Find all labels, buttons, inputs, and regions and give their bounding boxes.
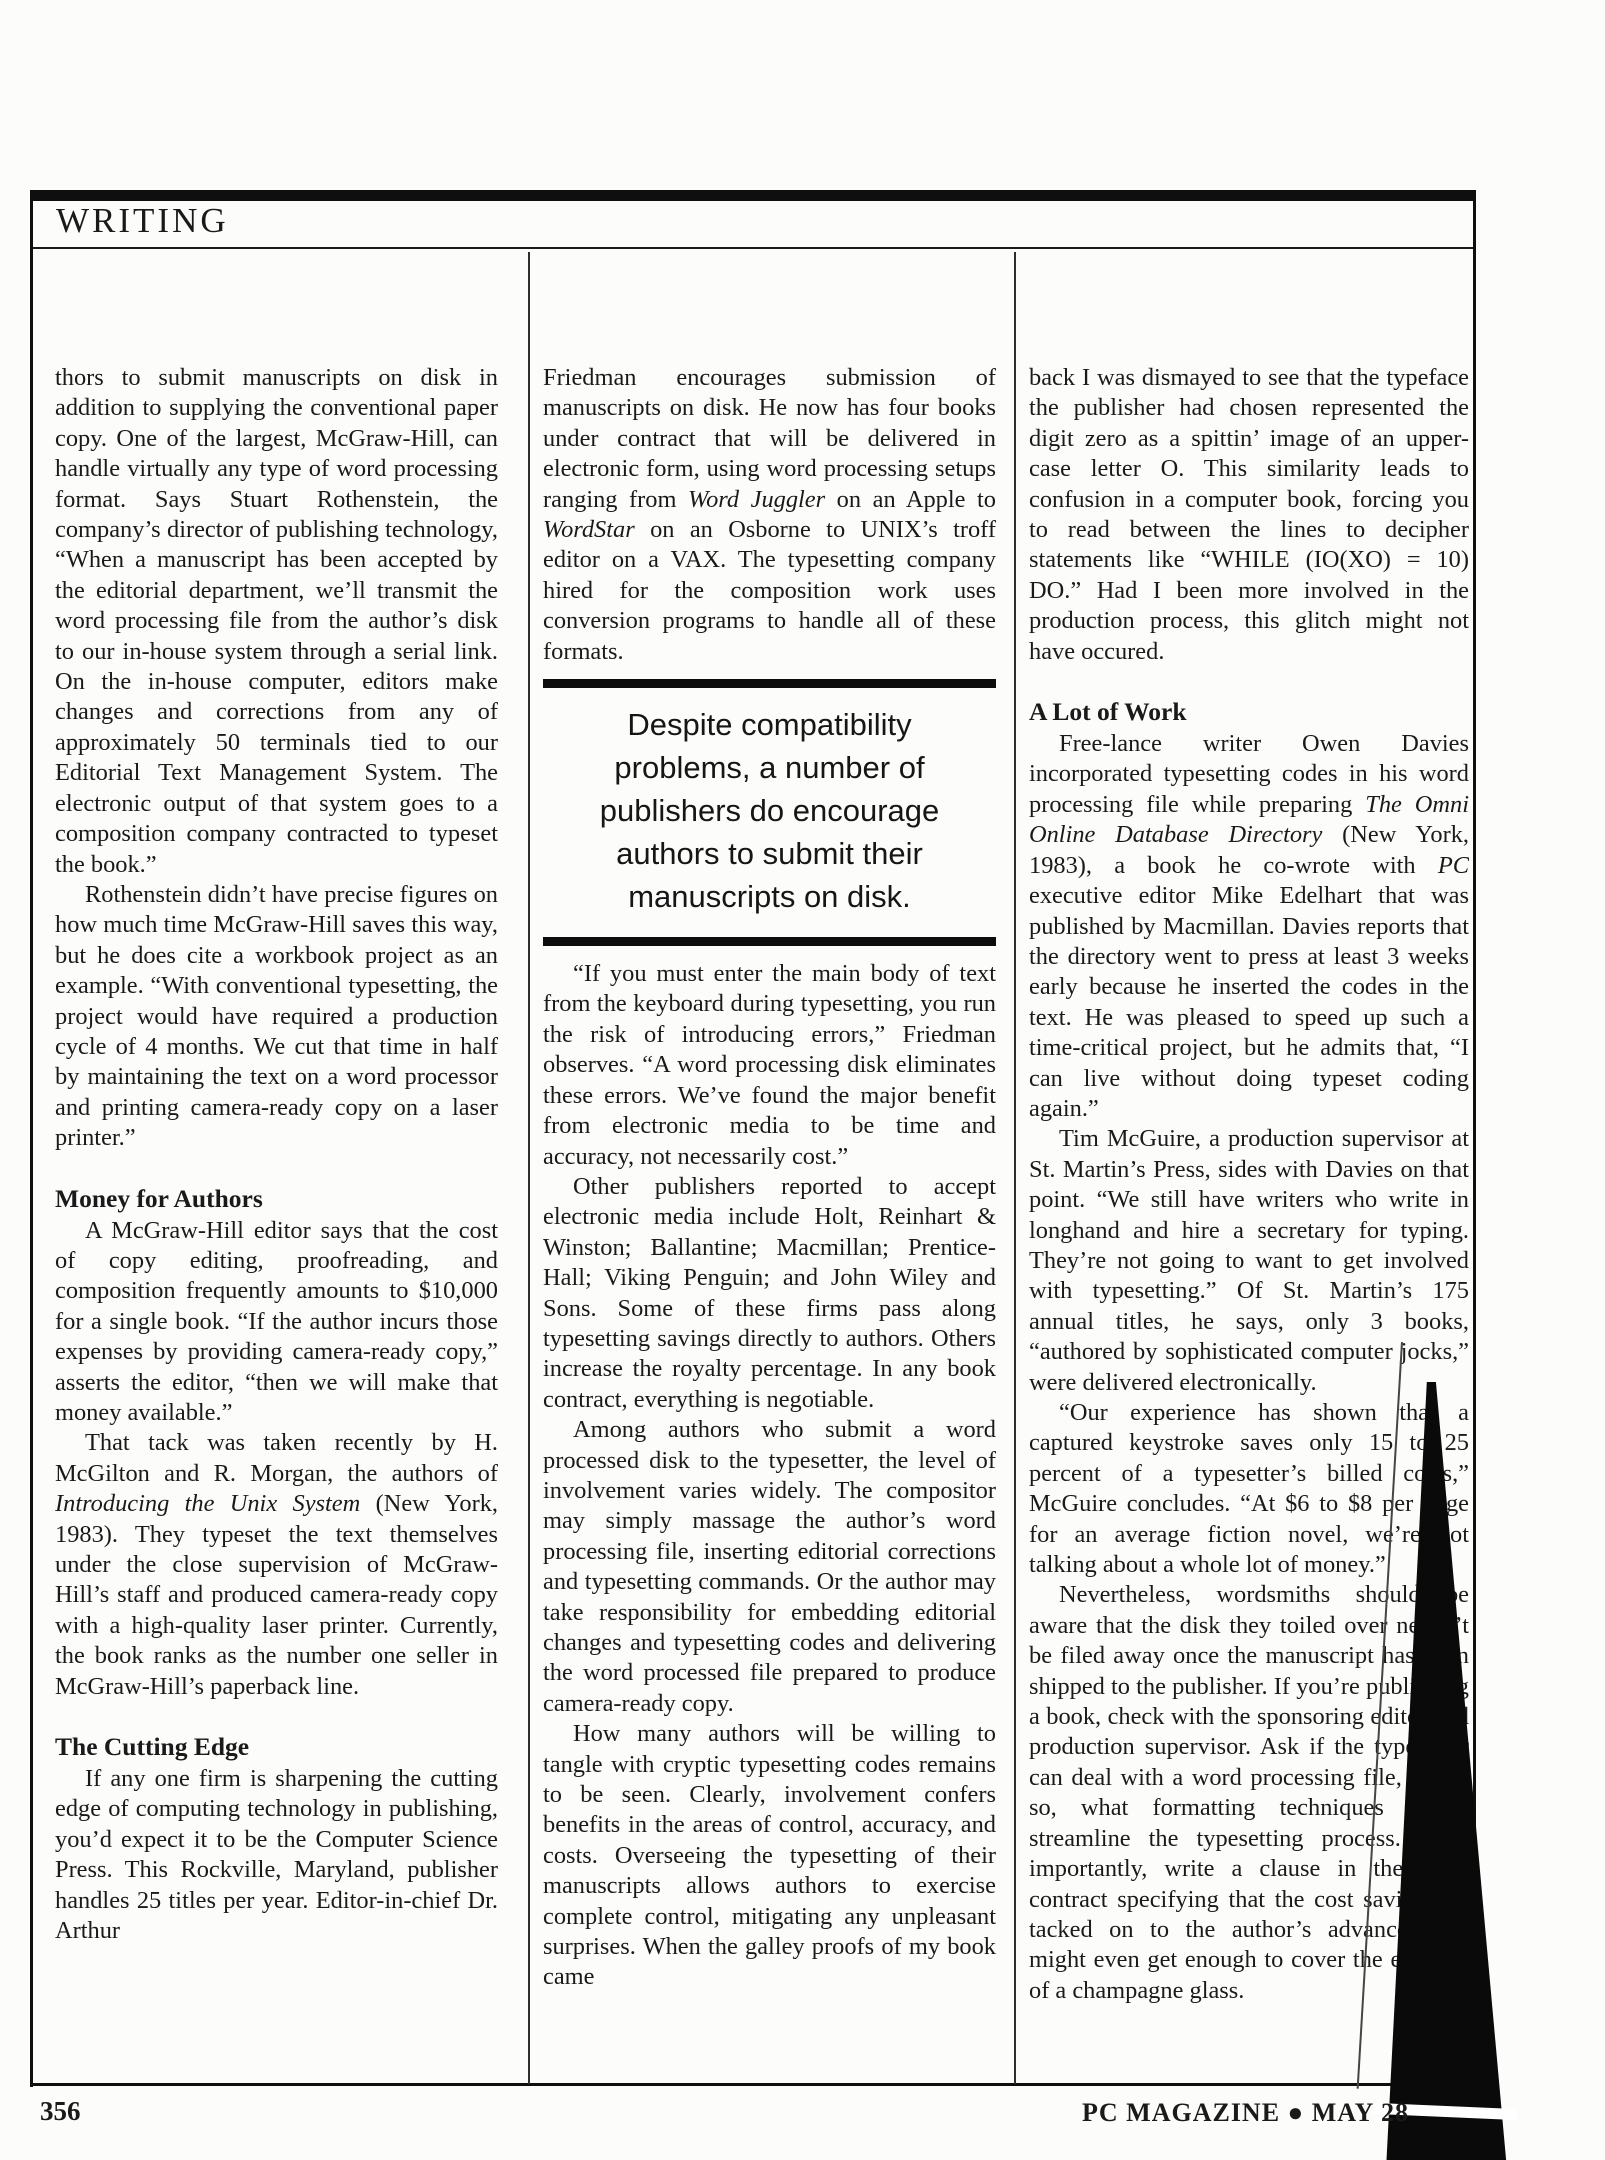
article-column-1: thors to submit manuscripts on disk in a… <box>55 363 498 2085</box>
page-number: 356 <box>40 2096 81 2127</box>
magazine-page: WRITING thors to submit manuscripts on d… <box>0 0 1605 2160</box>
pull-quote: Despite compatibility problems, a number… <box>543 679 996 946</box>
section-title-rule <box>33 247 1473 249</box>
paragraph: Among authors who submit a word processe… <box>543 1415 996 1719</box>
paragraph: How many authors will be willing to tang… <box>543 1719 996 1993</box>
section-title: WRITING <box>56 201 229 241</box>
article-column-2: Friedman encourages submission of manusc… <box>543 363 996 2085</box>
paragraph: Friedman encourages submission of manusc… <box>543 363 996 667</box>
section-heading: The Cutting Edge <box>55 1732 498 1762</box>
column-divider <box>1014 252 1016 2084</box>
section-heading: Money for Authors <box>55 1184 498 1214</box>
magazine-footer: PC MAGAZINE ● MAY 28 <box>1082 2098 1409 2128</box>
paragraph: That tack was taken recently by H. McGil… <box>55 1428 498 1702</box>
article-box-left-border <box>30 190 33 2087</box>
column-divider <box>528 252 530 2084</box>
paragraph: If any one firm is sharpening the cuttin… <box>55 1764 498 1946</box>
paragraph: A McGraw-Hill editor says that the cost … <box>55 1216 498 1429</box>
paragraph: “Our experience has shown that a capture… <box>1029 1398 1469 1580</box>
paragraph: Free-lance writer Owen Davies incorporat… <box>1029 729 1469 1124</box>
article-column-3: back I was dismayed to see that the type… <box>1029 363 1469 2085</box>
paragraph: Rothenstein didn’t have precise figures … <box>55 880 498 1154</box>
paragraph: thors to submit manuscripts on disk in a… <box>55 363 498 880</box>
article-box-top-rule <box>30 190 1476 201</box>
paragraph: back I was dismayed to see that the type… <box>1029 363 1469 667</box>
section-heading: A Lot of Work <box>1029 697 1469 727</box>
paragraph: “If you must enter the main body of text… <box>543 959 996 1172</box>
paragraph: Other publishers reported to accept elec… <box>543 1172 996 1415</box>
paragraph: Tim McGuire, a production supervisor at … <box>1029 1124 1469 1398</box>
